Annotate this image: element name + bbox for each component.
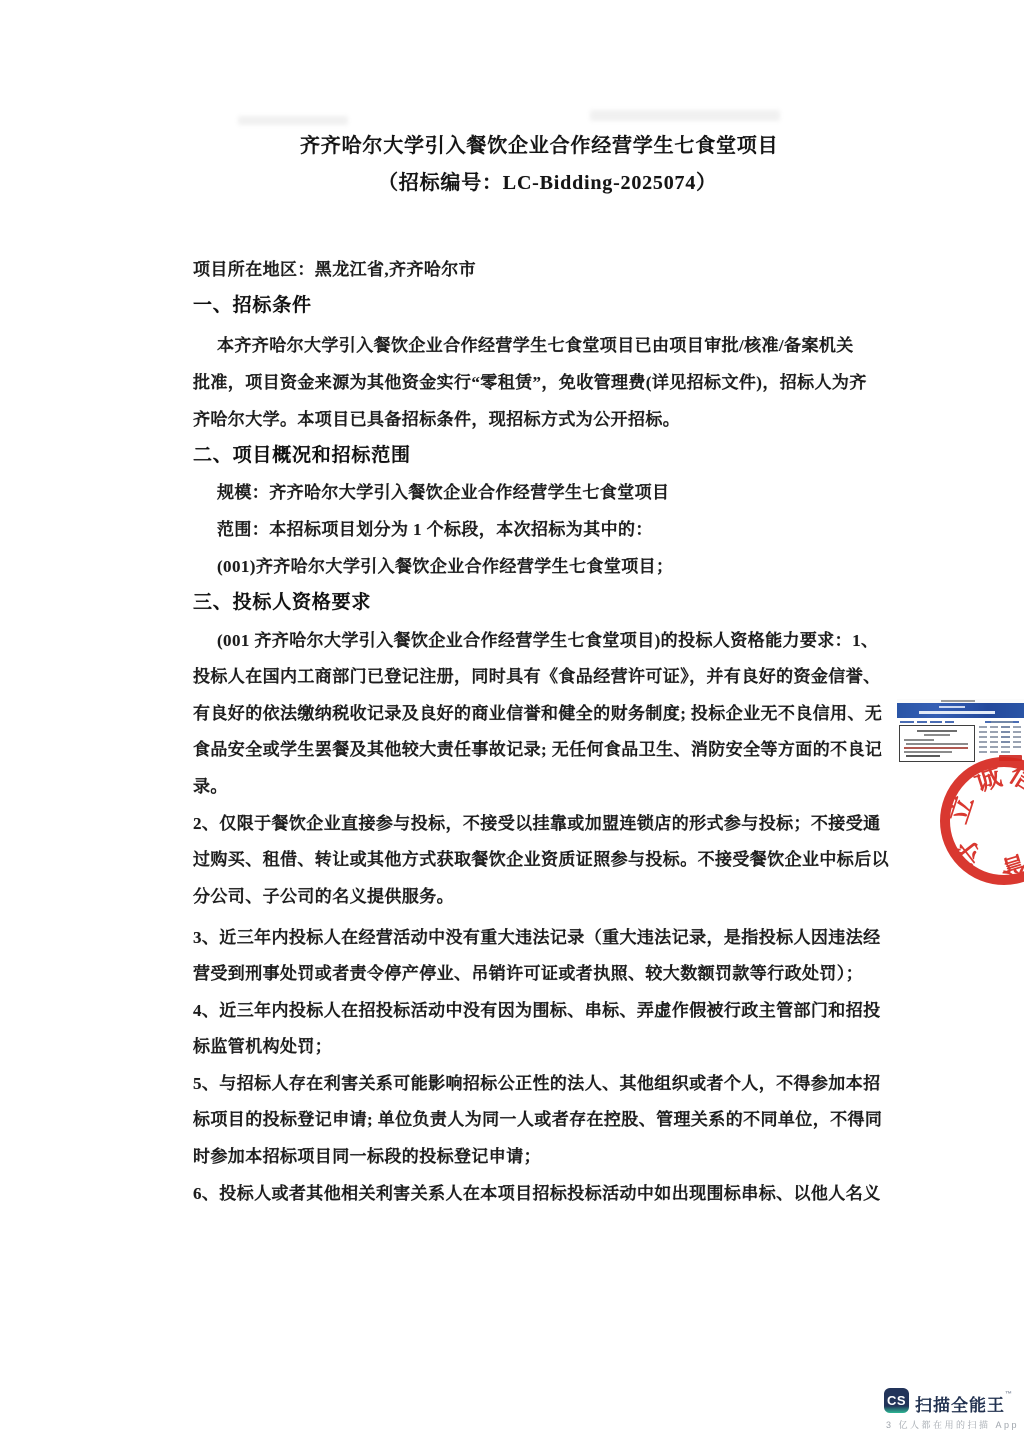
thumbnail-banner-text-bar: [939, 706, 965, 708]
text-line: 齐哈尔大学。本项目已具备招标条件，现招标方式为公开招标。: [193, 411, 680, 428]
text-line: (001)齐齐哈尔大学引入餐饮企业合作经营学生七食堂项目；: [217, 558, 673, 575]
camscanner-watermark: CS 扫描全能王™ 3 亿人都在用的扫描 App: [882, 1388, 1018, 1432]
scanned-document-page: 齐齐哈尔大学引入餐饮企业合作经营学生七食堂项目（招标编号：LC-Bidding-…: [0, 0, 1024, 1448]
text-line: 齐齐哈尔大学引入餐饮企业合作经营学生七食堂项目: [300, 136, 778, 156]
section-heading: 三、投标人资格要求: [193, 593, 371, 612]
text-line: 时参加本招标项目同一标段的投标登记申请；: [193, 1148, 541, 1165]
thumbnail-banner-text-bar: [919, 711, 995, 714]
text-line: （招标编号：LC-Bidding-2025074）: [378, 173, 717, 193]
text-line: 规模：齐齐哈尔大学引入餐饮企业合作经营学生七食堂项目: [217, 484, 669, 501]
text-line: 3、近三年内投标人在经营活动中没有重大违法记录（重大违法记录，是指投标人因违法经: [193, 929, 881, 946]
text-line: 项目所在地区：黑龙江省,齐齐哈尔市: [193, 261, 476, 278]
text-line: 有良好的依法缴纳税收记录及良好的商业信誉和健全的财务制度; 投标企业无不良信用、…: [193, 705, 882, 722]
red-seal-stamp: 信 诚 立 守 誉: [920, 748, 1024, 898]
text-line: 范围：本招标项目划分为 1 个标段，本次招标为其中的：: [217, 521, 653, 538]
text-line: (001 齐齐哈尔大学引入餐饮企业合作经营学生七食堂项目)的投标人资格能力要求：…: [217, 632, 878, 649]
stamp-character: 守: [949, 833, 989, 873]
camscanner-logo-icon: CS: [884, 1388, 909, 1413]
text-line: 营受到刑事处罚或者责令停产停业、吊销许可证或者执照、较大数额罚款等行政处罚）；: [193, 965, 863, 982]
scan-artifact: [590, 110, 780, 121]
text-line: 录。: [193, 778, 228, 795]
text-line: 4、近三年内投标人在招投标活动中没有因为围标、串标、弄虚作假被行政主管部门和招投: [193, 1002, 881, 1019]
text-line: 2、仅限于餐饮企业直接参与投标，不接受以挂靠或加盟连锁店的形式参与投标；不接受通: [193, 815, 881, 832]
scan-artifact: [238, 116, 348, 125]
thumbnail-top-text-bar: [941, 700, 975, 702]
section-heading: 一、招标条件: [193, 296, 312, 315]
thumbnail-banner: [897, 703, 1024, 718]
text-line: 标项目的投标登记申请; 单位负责人为同一人或者存在控股、管理关系的不同单位，不得…: [193, 1111, 882, 1128]
camscanner-app-name: 扫描全能王™: [915, 1391, 1013, 1416]
text-line: 批准，项目资金来源为其他资金实行“零租赁”，免收管理费(详见招标文件)，招标人为…: [193, 374, 867, 391]
text-line: 分公司、子公司的名义提供服务。: [193, 888, 454, 905]
text-line: 食品安全或学生罢餐及其他较大责任事故记录; 无任何食品卫生、消防安全等方面的不良…: [193, 741, 882, 758]
section-heading: 二、项目概况和招标范围: [193, 446, 411, 465]
red-seal-stamp-svg: 信 诚 立 守 誉: [920, 748, 1024, 898]
text-line: 本齐齐哈尔大学引入餐饮企业合作经营学生七食堂项目已由项目审批/核准/备案机关: [217, 337, 854, 354]
text-line: 投标人在国内工商部门已登记注册，同时具有《食品经营许可证》，并有良好的资金信誉、: [193, 668, 881, 685]
text-line: 5、与招标人存在利害关系可能影响招标公正性的法人、其他组织或者个人，不得参加本招: [193, 1075, 881, 1092]
text-line: 6、投标人或者其他相关利害关系人在本项目招标投标活动中如出现围标串标、以他人名义: [193, 1185, 881, 1202]
text-line: 标监管机构处罚；: [193, 1038, 332, 1055]
camscanner-tagline: 3 亿人都在用的扫描 App: [886, 1418, 1019, 1431]
trademark-symbol: ™: [1005, 1391, 1013, 1398]
text-line: 过购买、租借、转让或其他方式获取餐饮企业资质证照参与投标。不接受餐饮企业中标后以: [193, 851, 889, 868]
